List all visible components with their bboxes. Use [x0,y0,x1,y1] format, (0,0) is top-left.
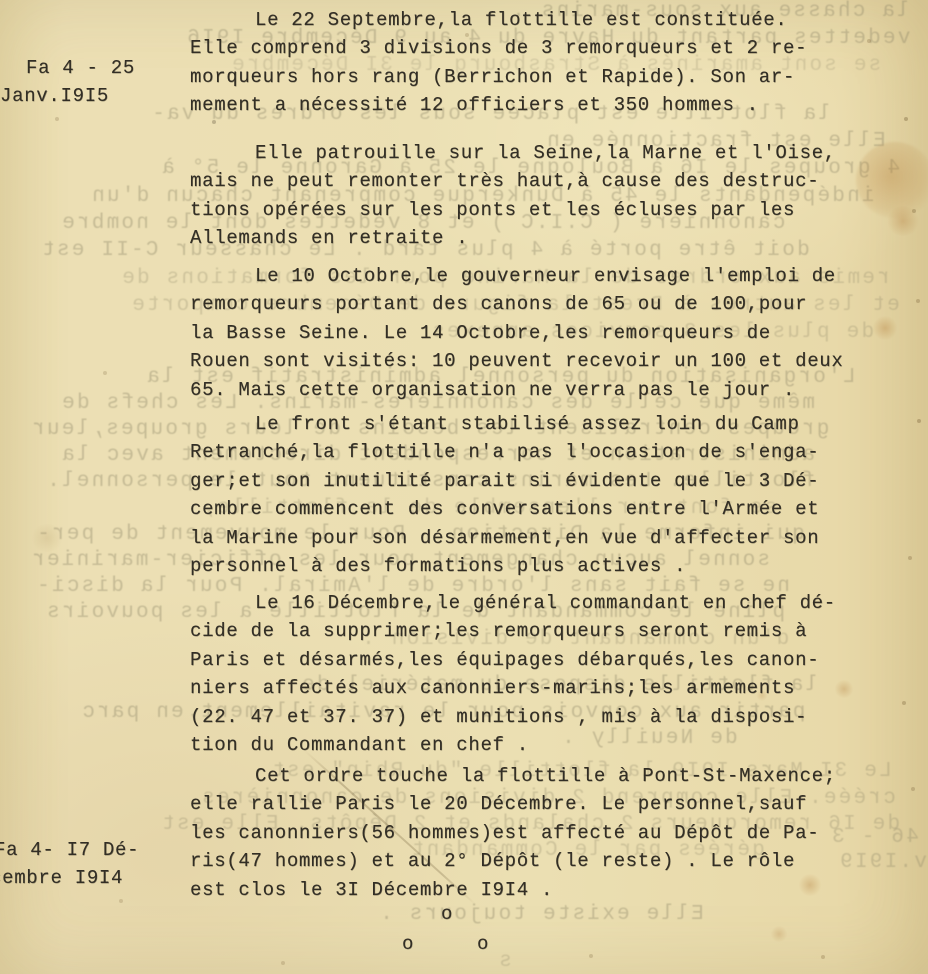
text-line: Fa 4 - 25 [26,54,135,82]
text-line: Le 10 Octobre,le gouverneur envisage l'e… [190,262,844,290]
text-line: Janv.I9I5 [0,82,135,110]
text-line: Retranché,la flottille n'a pas l'occasio… [190,438,819,466]
text-line: morqueurs hors rang (Berrichon et Rapide… [190,63,807,91]
paragraph-canons-65-100: Le 10 Octobre,le gouverneur envisage l'e… [190,262,844,404]
text-line: remorqueurs portant des canons de 65 ou … [190,290,844,318]
text-line: 65. Mais cette organisation ne verra pas… [190,376,844,404]
text-line: les canonniers(56 hommes)est affecté au … [190,819,836,847]
footer-ornament-o-left: o [402,933,414,955]
text-line: ris(47 hommes) et au 2° Dépôt (le reste)… [190,847,836,875]
paragraph-patrouille-seine: Elle patrouille sur la Seine,la Marne et… [190,139,836,253]
text-line: mais ne peut remonter très haut,à cause … [190,167,836,195]
typed-content: Fa 4 - 25Janv.I9I5 Fa 4- I7 Dé-cembre I9… [0,0,928,974]
text-line: mement a nécessité 12 officiers et 350 h… [190,91,807,119]
footer-ornament-o-top: o [441,903,453,925]
footer-ornament-o-right: o [477,933,489,955]
text-line: niers affectés aux canonniers-marins;les… [190,674,836,702]
text-line: Elle comprend 3 divisions de 3 remorqueu… [190,34,807,62]
text-line: Allemands en retraite . [190,224,836,252]
paragraph-ordre-pont-st-maxence: Cet ordre touche la flottille à Pont-St-… [190,762,836,904]
text-line: Le 22 Septembre,la flottille est constit… [190,6,807,34]
text-line: cembre I9I4 [0,864,139,892]
text-line: la Basse Seine. Le 14 Octobre,les remorq… [190,319,844,347]
text-line: elle rallie Paris le 20 Décembre. Le per… [190,790,836,818]
text-line: ger;et son inutilité parait si évidente … [190,467,819,495]
text-line: Paris et désarmés,les équipages débarqué… [190,646,836,674]
paragraph-front-stabilise: Le front s'étant stabilisé assez loin du… [190,410,819,580]
text-line: Le 16 Décembre,le général commandant en … [190,589,836,617]
text-line: Le front s'étant stabilisé assez loin du… [190,410,819,438]
text-line: tions opérées sur les ponts et les éclus… [190,196,836,224]
text-line: cide de la supprimer;les remorqueurs ser… [190,617,836,645]
text-line: personnel à des formations plus actives … [190,552,819,580]
paragraph-suppression: Le 16 Décembre,le général commandant en … [190,589,836,759]
text-line: (22. 47 et 37. 37) et munitions , mis à … [190,703,836,731]
margin-note-fa4-25-janv1915: Fa 4 - 25Janv.I9I5 [26,54,135,110]
paragraph-flottille-constituee: Le 22 Septembre,la flottille est constit… [190,6,807,120]
document-page: la chasse aux sous-marins .vedettes part… [0,0,928,974]
text-line: la Marine pour son désarmement,en vue d'… [190,524,819,552]
text-line: Fa 4- I7 Dé- [0,836,139,864]
margin-note-fa4-17-dec1914: Fa 4- I7 Dé-cembre I9I4 [0,836,139,892]
text-line: Rouen sont visités: 10 peuvent recevoir … [190,347,844,375]
text-line: tion du Commandant en chef . [190,731,836,759]
text-line: est clos le 3I Décembre I9I4 . [190,876,836,904]
text-line: cembre commencent des conversations entr… [190,495,819,523]
text-line: Cet ordre touche la flottille à Pont-St-… [190,762,836,790]
text-line: Elle patrouille sur la Seine,la Marne et… [190,139,836,167]
